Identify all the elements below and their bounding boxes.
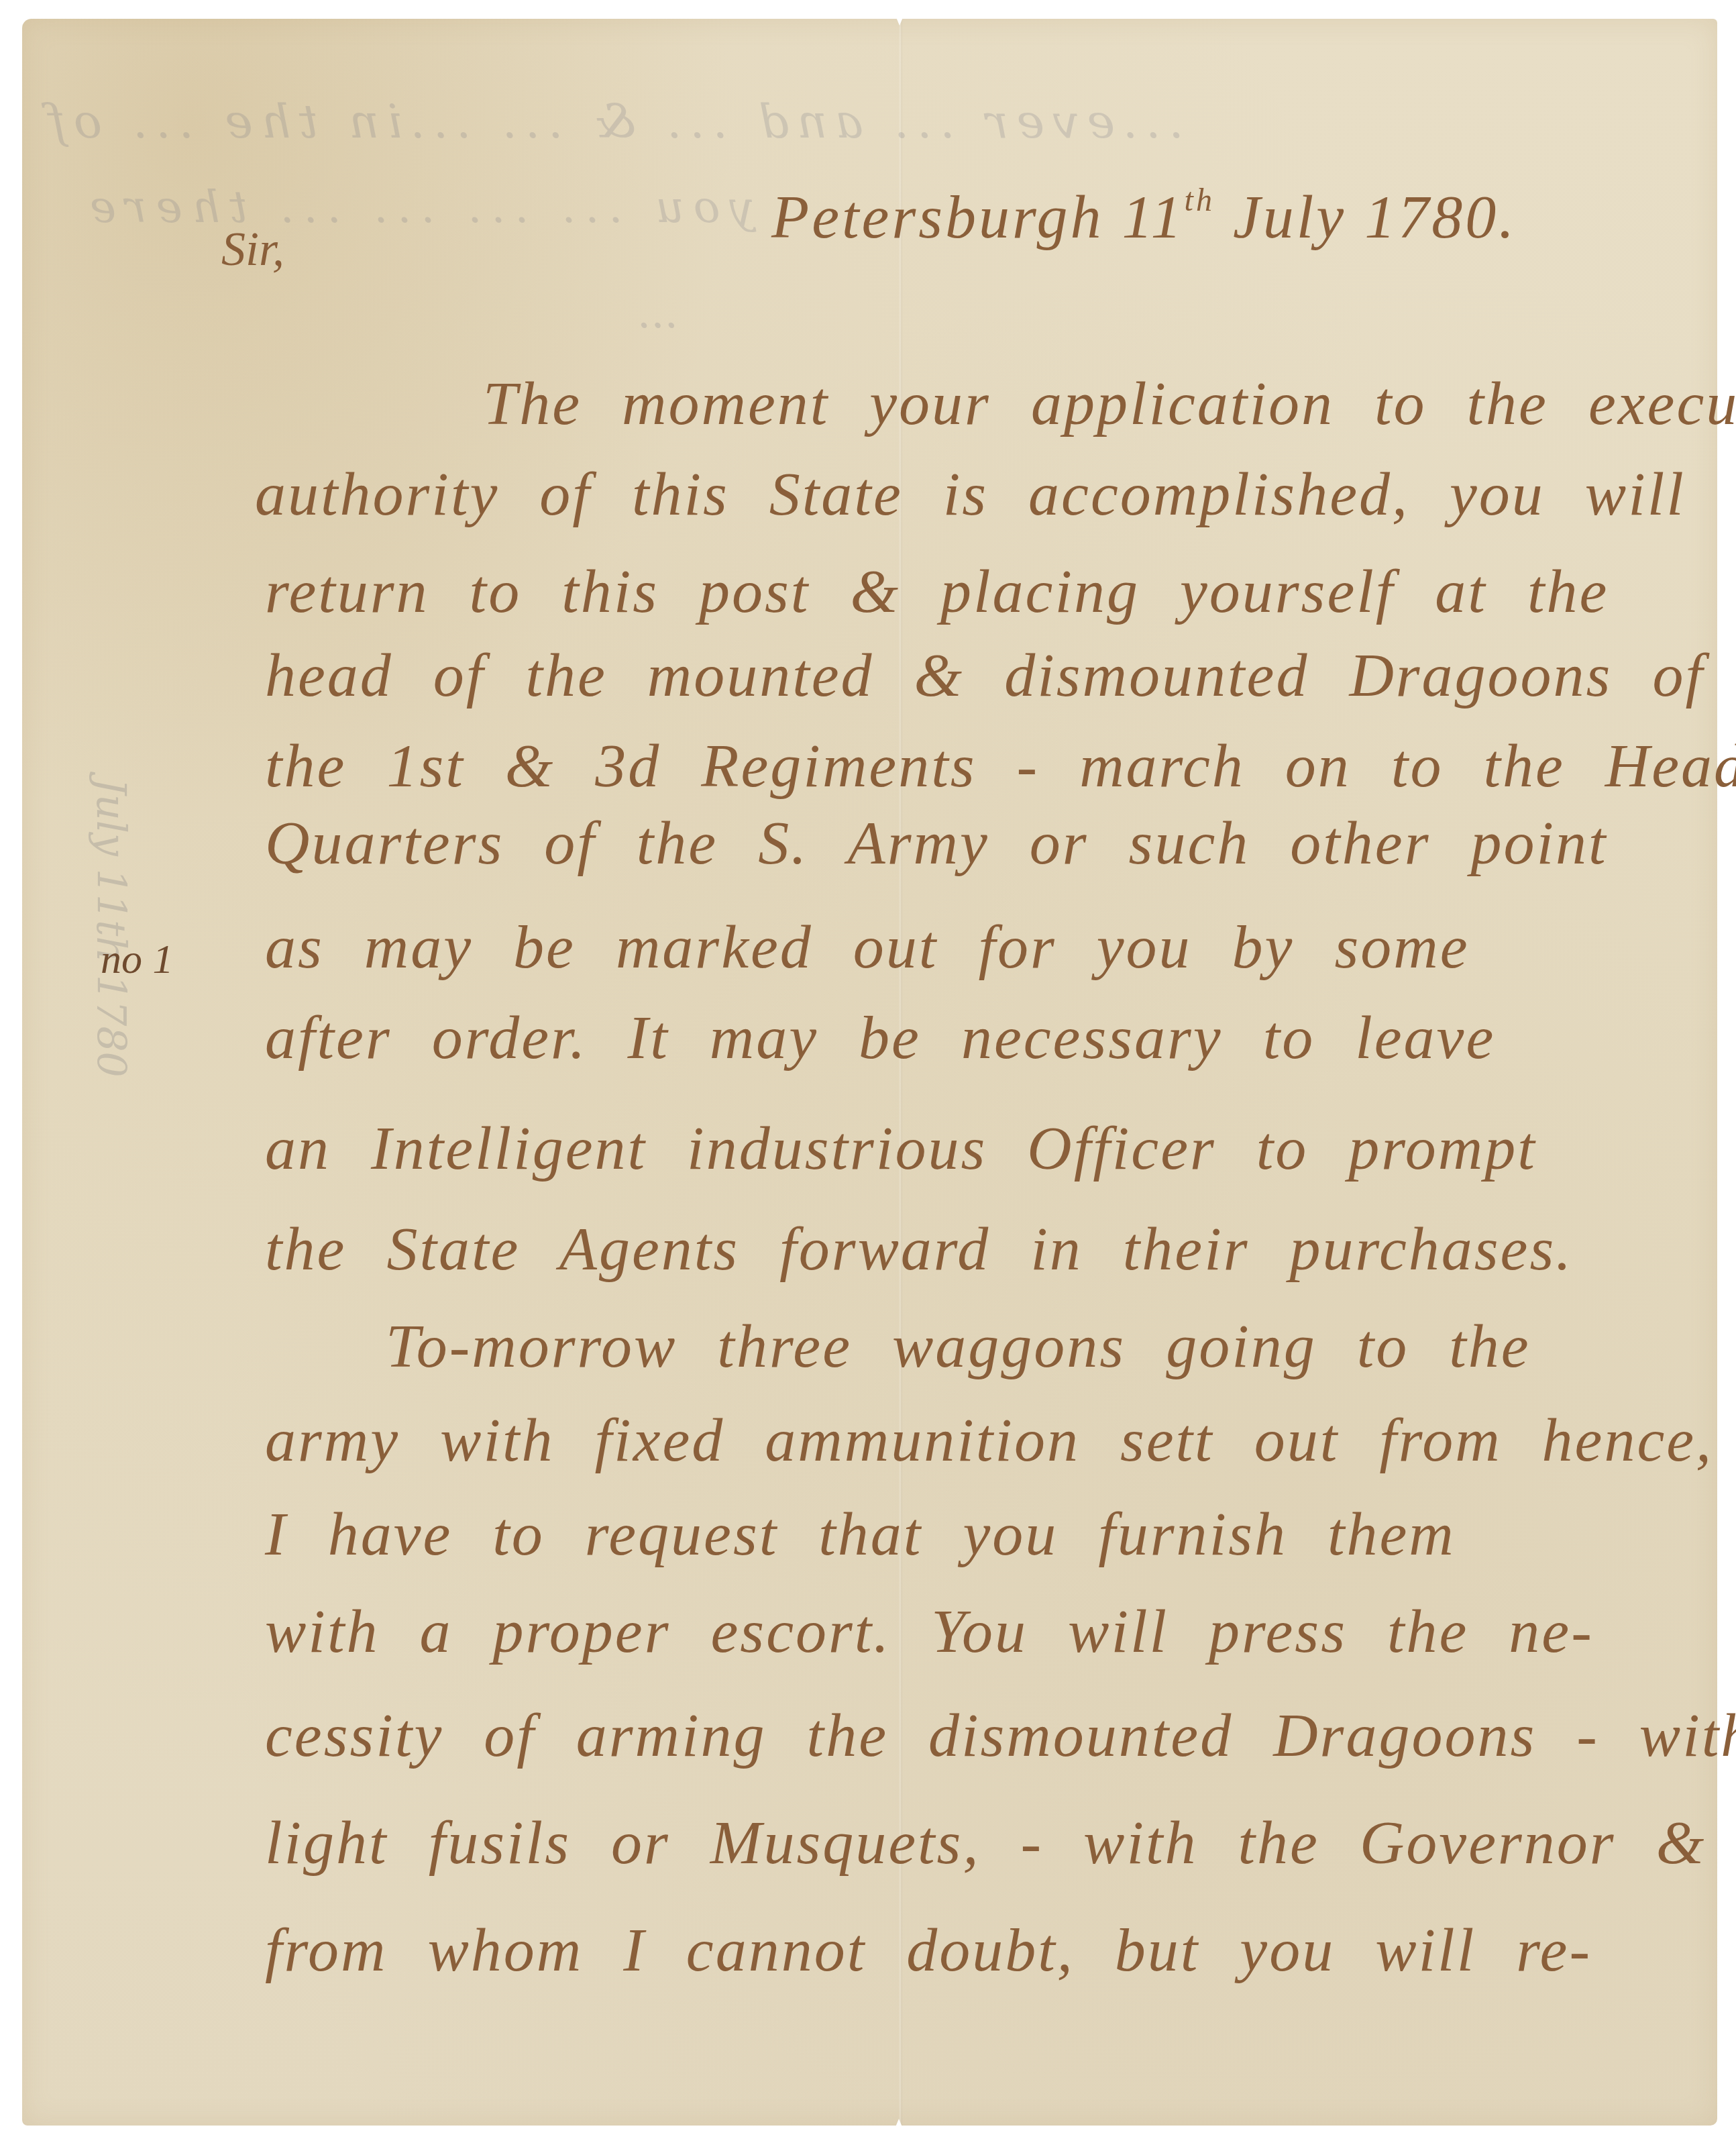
margin-annotation: no 1 (101, 936, 174, 984)
body-line: Quarters of the S. Army or such other po… (265, 812, 1608, 874)
dateline-year: 1780. (1364, 182, 1517, 251)
body-line: authority of this State is accomplished,… (255, 463, 1686, 525)
dateline-place: Petersburgh (771, 182, 1103, 251)
body-line: cessity of arming the dismounted Dragoon… (265, 1704, 1736, 1766)
body-line: return to this post & placing yourself a… (265, 560, 1609, 622)
margin-pencil-note: July 11th 1780 (74, 778, 148, 1078)
dateline-day-suffix: th (1185, 182, 1215, 218)
body-line: the State Agents forward in their purcha… (265, 1218, 1573, 1279)
body-line: I have to request that you furnish them (265, 1503, 1456, 1565)
body-line: To-morrow three waggons going to the (386, 1315, 1531, 1377)
body-line: The moment your application to the execu… (483, 372, 1736, 434)
dateline-day: 11 (1122, 182, 1184, 251)
body-line: as may be marked out for you by some (265, 916, 1470, 978)
body-line: army with fixed ammunition sett out from… (265, 1409, 1713, 1471)
body-line: from whom I cannot doubt, but you will r… (265, 1919, 1592, 1981)
body-line: the 1st & 3d Regiments - march on to the… (265, 735, 1736, 796)
salutation: Sir, (221, 225, 284, 273)
dateline: Petersburgh 11th July 1780. (771, 185, 1517, 248)
dateline-month: July (1233, 182, 1346, 251)
body-line: head of the mounted & dismounted Dragoon… (265, 644, 1704, 706)
body-line: after order. It may be necessary to leav… (265, 1006, 1495, 1068)
body-line: an Intelligent industrious Officer to pr… (265, 1117, 1537, 1179)
bleed-through-text: you ... ... ... ... there (80, 181, 755, 233)
body-line: light fusils or Musquets, - with the Gov… (265, 1812, 1736, 1873)
body-line: with a proper escort. You will press the… (265, 1600, 1594, 1662)
bleed-through-text: ...ever ... and ... & ... ...in the ... … (40, 94, 1184, 149)
bleed-through-text: ... (637, 289, 678, 338)
